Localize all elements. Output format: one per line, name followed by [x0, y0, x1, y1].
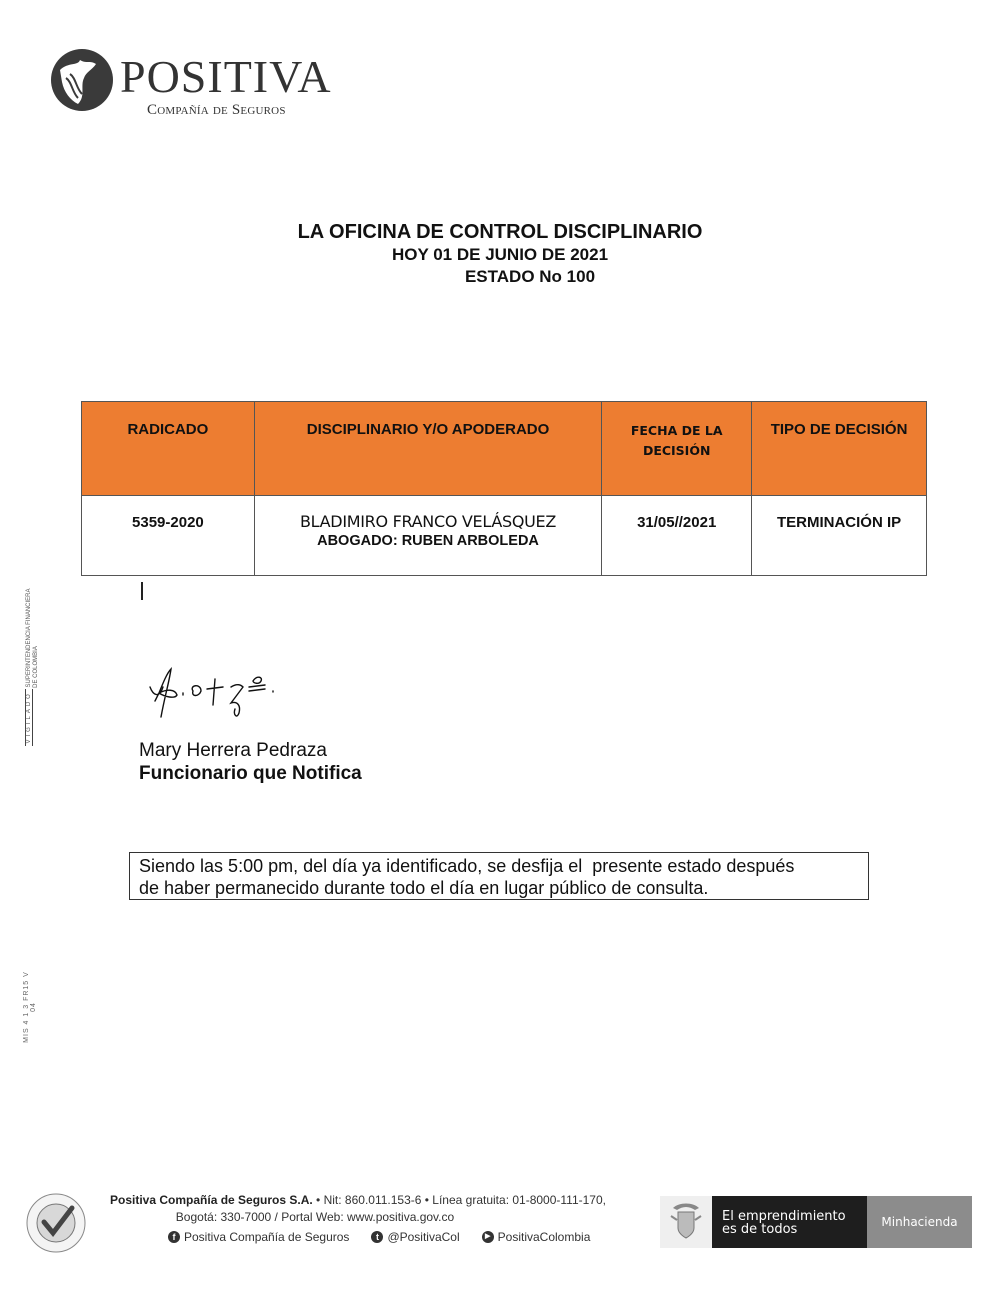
table-row: 5359-2020 BLADIMIRO FRANCO VELÁSQUEZ ABO…	[82, 496, 927, 576]
crest-svg	[669, 1202, 703, 1242]
twitter-label: @PositivaCol	[387, 1230, 459, 1244]
disciplinado-name: BLADIMIRO FRANCO VELÁSQUEZ	[255, 512, 601, 531]
logo-tagline: Compañía de Seguros	[147, 102, 286, 119]
cell-disciplinario: BLADIMIRO FRANCO VELÁSQUEZ ABOGADO: RUBE…	[254, 496, 601, 576]
social-facebook[interactable]: f Positiva Compañía de Seguros	[168, 1230, 349, 1244]
vigilado-stamp: VIGILADO SUPERINTENDENCIA FINANCIERA DE …	[8, 590, 58, 760]
desfijacion-notice: Siendo las 5:00 pm, del día ya identific…	[129, 852, 869, 900]
ministry-label: Minhacienda	[867, 1196, 972, 1248]
cell-tipo: TERMINACIÓN IP	[752, 496, 927, 576]
col-header-tipo: TIPO DE DECISIÓN	[752, 402, 927, 496]
footer-web: Bogotá: 330-7000 / Portal Web: www.posit…	[110, 1210, 520, 1224]
notice-line-2: de haber permanecido durante todo el día…	[139, 877, 868, 899]
footer-company: Positiva Compañía de Seguros S.A.	[110, 1193, 313, 1207]
superintendencia-label: SUPERINTENDENCIA FINANCIERA DE COLOMBIA	[26, 588, 39, 687]
form-code-stamp: MIS 4 1 3 FR15 V 04	[10, 965, 50, 1045]
footer-contact: Positiva Compañía de Seguros S.A. • Nit:…	[110, 1193, 640, 1244]
facebook-label: Positiva Compañía de Seguros	[184, 1230, 349, 1244]
social-youtube[interactable]: ▶ PositivaColombia	[482, 1230, 591, 1244]
positiva-emblem-icon	[50, 48, 114, 112]
youtube-icon: ▶	[482, 1231, 494, 1243]
certification-seal-icon	[20, 1192, 92, 1254]
cell-fecha: 31/05//2021	[602, 496, 752, 576]
logo-wordmark: POSITIVA	[120, 54, 332, 100]
cell-radicado: 5359-2020	[82, 496, 255, 576]
estado-number: ESTADO No 100	[0, 266, 1000, 288]
col-header-fecha: FECHA DE LA DECISIÓN	[602, 402, 752, 496]
youtube-label: PositivaColombia	[498, 1230, 591, 1244]
document-heading: LA OFICINA DE CONTROL DISCIPLINARIO HOY …	[0, 220, 1000, 288]
signature-image	[145, 665, 335, 725]
notice-line-1: Siendo las 5:00 pm, del día ya identific…	[139, 855, 868, 877]
twitter-icon: t	[371, 1231, 383, 1243]
social-twitter[interactable]: t @PositivaCol	[371, 1230, 459, 1244]
date-line: HOY 01 DE JUNIO DE 2021	[0, 244, 1000, 266]
gov-slogan-line-2: es de todos	[722, 1223, 867, 1236]
colombia-crest-icon	[660, 1196, 712, 1248]
col-header-disciplinario: DISCIPLINARIO Y/O APODERADO	[254, 402, 601, 496]
footer-social-links: f Positiva Compañía de Seguros t @Positi…	[168, 1230, 640, 1244]
gov-slogan: El emprendimiento es de todos	[712, 1196, 867, 1248]
col-header-radicado: RADICADO	[82, 402, 255, 496]
text-cursor-mark	[141, 582, 143, 600]
government-banner: El emprendimiento es de todos Minhaciend…	[660, 1196, 972, 1248]
signer-name: Mary Herrera Pedraza	[139, 740, 327, 762]
table-header-row: RADICADO DISCIPLINARIO Y/O APODERADO FEC…	[82, 402, 927, 496]
col-header-fecha-label: FECHA DE LA DECISIÓN	[627, 421, 727, 461]
form-code: MIS 4 1 3 FR15 V 04	[23, 967, 37, 1047]
facebook-icon: f	[168, 1231, 180, 1243]
signer-role: Funcionario que Notifica	[139, 763, 362, 785]
apoderado-name: ABOGADO: RUBEN ARBOLEDA	[255, 533, 601, 549]
estado-table: RADICADO DISCIPLINARIO Y/O APODERADO FEC…	[81, 401, 927, 576]
positiva-logo: POSITIVA Compañía de Seguros	[50, 46, 340, 124]
office-title: LA OFICINA DE CONTROL DISCIPLINARIO	[0, 220, 1000, 244]
vigilado-label: VIGILADO	[25, 689, 33, 745]
footer-nit-phone: • Nit: 860.011.153-6 • Línea gratuita: 0…	[313, 1193, 606, 1207]
